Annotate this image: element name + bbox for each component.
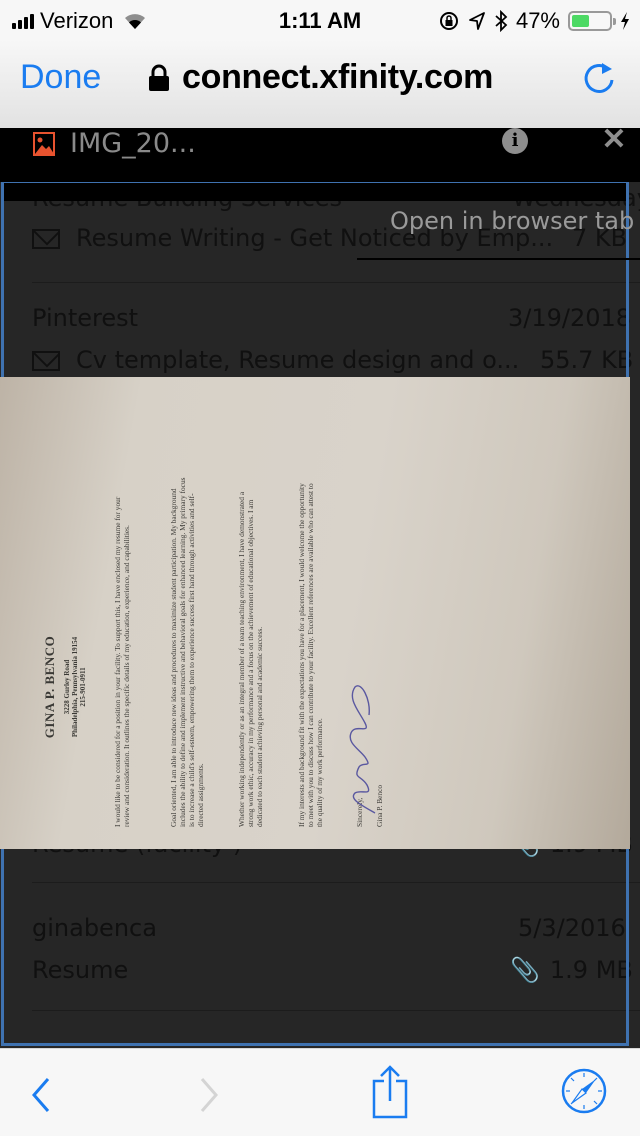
- battery-percent: 47%: [516, 8, 560, 34]
- back-button[interactable]: [26, 1075, 56, 1118]
- browser-toolbar: [0, 1048, 640, 1136]
- letter-signed-name: Gina P. Benco: [375, 785, 384, 827]
- share-icon: [368, 1063, 412, 1119]
- bluetooth-icon: [494, 10, 508, 32]
- status-bar: Verizon 1:11 AM 47%: [0, 0, 640, 40]
- letter-photo[interactable]: GINA P. BENCO 3228 Gurley Road Philadelp…: [0, 377, 630, 849]
- address-line-2: Philadelphia, Pennsylvania 19154: [71, 587, 79, 787]
- image-viewer-header: IMG_20... i ✕: [0, 128, 640, 182]
- chevron-left-icon: [26, 1075, 56, 1115]
- open-in-safari-button[interactable]: [560, 1067, 608, 1118]
- url-display: connect.xfinity.com: [148, 58, 493, 97]
- letter-paragraph-4: If my interests and background fit with …: [297, 477, 324, 827]
- letter-address: 3228 Gurley Road Philadelphia, Pennsylva…: [63, 587, 87, 787]
- letter-paragraph-1: I would like to be considered for a posi…: [113, 477, 131, 827]
- tooltip-underline: [357, 258, 640, 260]
- location-arrow-icon: [468, 11, 486, 31]
- letter-paragraph-2: Goal oriented, I am able to introduce ne…: [169, 477, 205, 827]
- forward-button[interactable]: [194, 1075, 224, 1118]
- charging-bolt-icon: [620, 11, 630, 31]
- address-line-1: 3228 Gurley Road: [63, 587, 71, 787]
- letter-sender-name: GINA P. BENCO: [45, 587, 54, 787]
- done-button[interactable]: Done: [20, 58, 101, 97]
- close-icon: ✕: [601, 128, 626, 156]
- close-button[interactable]: ✕: [600, 128, 628, 154]
- lock-icon: [148, 64, 170, 92]
- battery-icon: [568, 11, 612, 31]
- share-button[interactable]: [368, 1063, 412, 1122]
- image-file-icon: [33, 132, 59, 156]
- file-name: IMG_20...: [70, 128, 196, 159]
- browser-nav-bar: Done connect.xfinity.com: [0, 40, 640, 128]
- compass-icon: [560, 1067, 608, 1115]
- reload-icon: [580, 60, 618, 98]
- open-in-browser-tab-link[interactable]: Open in browser tab: [390, 207, 634, 235]
- orientation-lock-icon: [438, 10, 460, 32]
- viewer-top-strip: [4, 183, 626, 201]
- info-button[interactable]: i: [502, 128, 528, 154]
- letter-paper: GINA P. BENCO 3228 Gurley Road Philadelp…: [45, 397, 375, 827]
- reload-button[interactable]: [580, 60, 618, 98]
- chevron-right-icon: [194, 1075, 224, 1115]
- info-icon: i: [512, 130, 519, 151]
- url-text: connect.xfinity.com: [182, 58, 493, 97]
- letter-paragraph-3: Whether working independently or as an i…: [237, 477, 264, 827]
- cover-letter: GINA P. BENCO 3228 Gurley Road Philadelp…: [45, 397, 375, 827]
- status-bar-right: 47%: [438, 8, 630, 34]
- phone-number: 215-901-0911: [79, 587, 87, 787]
